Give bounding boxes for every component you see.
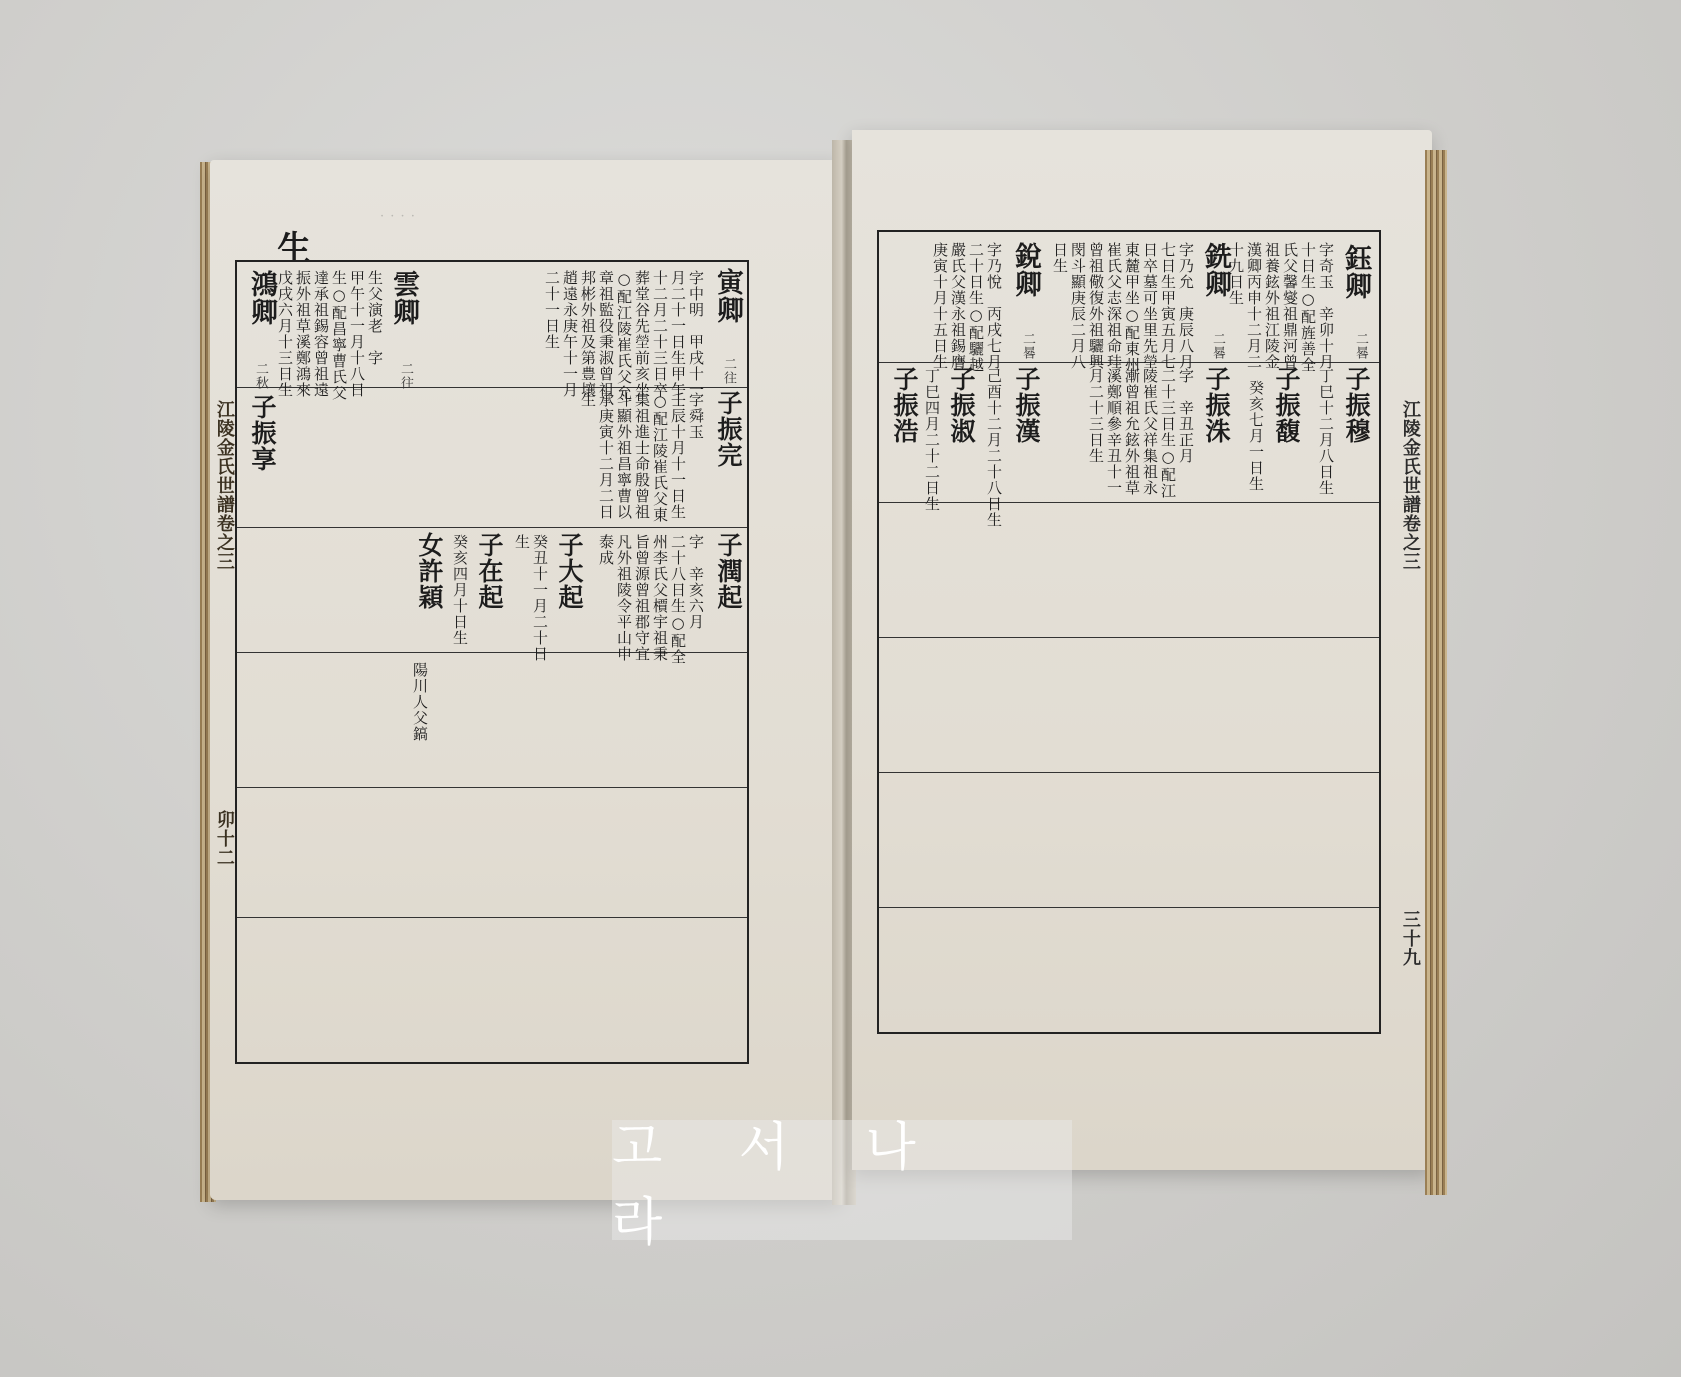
generation-mark: 二往	[721, 357, 735, 385]
bio-line: 曾祖儆復外祖驪興	[1087, 242, 1103, 370]
person-name: 銑卿	[1201, 242, 1229, 298]
left-page: 生 · · · · 寅卿 二往 字中明 甲戌十一 月二十一日生甲午 十二月二十三…	[210, 160, 840, 1200]
bio-line: 州李氏父檟宇祖秉	[651, 534, 667, 662]
person-name: 寅卿	[713, 268, 741, 324]
bio-line: 集祖進士命殷曾祖	[633, 392, 649, 520]
generation-mark: 二晷	[1210, 332, 1224, 360]
bio-line: 字乃允 庚辰八月	[1177, 242, 1193, 370]
bio-line: 月二十三日生	[1087, 368, 1103, 464]
son-name: 子潤起	[715, 532, 741, 610]
bio-line: 振外祖草溪鄭鴻來	[294, 270, 310, 398]
bio-line: 字乃悅 丙戌七月	[985, 242, 1001, 370]
bio-line: 祖養鉉外祖江陵金	[1263, 242, 1279, 370]
bio-line: 字 辛丑正月	[1177, 368, 1193, 464]
bio-line: 葬堂谷先塋前亥坐	[633, 270, 649, 398]
bio-line: 二十三日生○配江	[1159, 368, 1175, 499]
grid-row-2	[879, 502, 1379, 503]
bio-line: 字 辛亥六月	[687, 534, 703, 630]
grid-row-5	[237, 917, 747, 918]
son-name: 子振淑	[948, 366, 974, 444]
bio-line: 達承祖錫容曾祖遠	[312, 270, 328, 398]
right-page-grid: 鈺卿 二晷 字奇玉 辛卯十月 十日生○配旌善全 氏父馨燮祖鼎河曾 祖養鉉外祖江陵…	[877, 230, 1381, 1034]
son-name: 子振洙	[1203, 366, 1229, 444]
bio-line: 癸亥四月十日生	[451, 534, 467, 646]
grid-row-3	[879, 637, 1379, 638]
son-name: 子大起	[556, 532, 582, 610]
bio-line: 陽川人父鎬	[411, 662, 427, 742]
bio-line: 丁巳四月二十二日生	[923, 368, 939, 512]
bio-line: 溪鄭順參辛丑十一	[1105, 368, 1121, 496]
bio-line: 生	[579, 392, 595, 408]
bio-line: 丁巳十二月八日生	[1317, 368, 1333, 496]
watermark: 고 서 나 라	[612, 1120, 1072, 1240]
bio-line: 漢卿丙申十二月二	[1245, 242, 1261, 370]
bio-line: 壬辰十月十一日生	[669, 392, 685, 520]
bio-line: 日生	[1051, 242, 1067, 274]
bio-line: 漸曾祖允鉉外祖草	[1123, 368, 1139, 496]
bio-line: 生	[513, 534, 529, 550]
generation-mark: 二晷	[1353, 332, 1367, 360]
bio-line: 二十日生○配驪越	[967, 242, 983, 373]
bio-line: 癸丑十一月二十日	[531, 534, 547, 662]
generation-mark: 二晷	[1020, 332, 1034, 360]
grid-row-4	[237, 787, 747, 788]
bio-line: 凡外祖陵令平山申	[615, 534, 631, 662]
bio-line: 生父演老 字	[366, 270, 382, 366]
bio-line: 二十八日生○配全	[669, 534, 685, 665]
son-name: 子在起	[476, 532, 502, 610]
bio-line: 字舜玉	[687, 392, 703, 440]
book-title-margin: 江陵金氏世譜卷之三	[214, 400, 233, 571]
bio-line: 旨曾源曾祖郡守宜	[633, 534, 649, 662]
bio-line: 癸亥七月一日生	[1247, 380, 1263, 492]
bio-line: 趙遠永庚午十一月	[561, 270, 577, 398]
grid-row-4	[879, 772, 1379, 773]
right-page: 鈺卿 二晷 字奇玉 辛卯十月 十日生○配旌善全 氏父馨燮祖鼎河曾 祖養鉉外祖江陵…	[852, 130, 1432, 1170]
bio-line: 七日生甲寅五月七	[1159, 242, 1175, 370]
bio-line: 生○配昌寧曹氏父	[330, 270, 346, 401]
book-title-margin: 江陵金氏世譜卷之三	[1400, 400, 1419, 571]
generation-mark: 二秋	[253, 362, 267, 390]
bio-line: 十日生○配旌善全	[1299, 242, 1315, 373]
bio-line: 泰成	[597, 534, 613, 566]
bio-line: 邦彬外祖及第豊壤	[579, 270, 595, 398]
bleed-through-text: · · · ·	[380, 210, 416, 224]
person-name: 鴻卿	[247, 270, 275, 326]
son-name: 子振完	[715, 390, 741, 468]
bio-line: 十二月二十三日卒	[651, 270, 667, 398]
bio-line: 二十一日生	[543, 270, 559, 350]
bio-line: ○配江陵崔氏父允	[615, 270, 631, 401]
bio-line: 日卒墓可坐里先塋	[1141, 242, 1157, 370]
page-number: 三十九	[1400, 910, 1419, 967]
bio-line: 東麓甲坐○配東州	[1123, 242, 1139, 373]
grid-row-5	[879, 907, 1379, 908]
bio-line: 承庚寅十二月二日	[597, 392, 613, 520]
watermark-text: 고 서 나 라	[612, 1105, 1072, 1255]
bio-line: 字中明 甲戌十一	[687, 270, 703, 398]
bio-line: 月二十一日生甲午	[669, 270, 685, 398]
bio-line: 嚴氏父漢永祖錫膺	[949, 242, 965, 370]
person-name: 鈺卿	[1341, 244, 1369, 300]
right-page-edge	[1425, 150, 1447, 1195]
bio-line: 氏父馨燮祖鼎河曾	[1281, 242, 1297, 370]
daughter-name: 女許穎	[416, 532, 442, 610]
open-genealogy-book: 生 · · · · 寅卿 二往 字中明 甲戌十一 月二十一日生甲午 十二月二十三…	[200, 130, 1480, 1200]
bio-line: ○配江陵崔氏父東	[651, 392, 667, 523]
bio-line: 閔斗顯庚辰二月八	[1069, 242, 1085, 370]
left-page-grid: 寅卿 二往 字中明 甲戌十一 月二十一日生甲午 十二月二十三日卒 葬堂谷先塋前亥…	[235, 260, 749, 1064]
grid-row-2	[237, 527, 747, 528]
person-name: 雲卿	[389, 270, 417, 326]
son-name: 子振享	[249, 394, 275, 472]
bio-line: 崔氏父志深祖命珪	[1105, 242, 1121, 370]
bio-line: 陵崔氏父祥集祖永	[1141, 368, 1157, 496]
son-name: 子振馥	[1273, 366, 1299, 444]
generation-mark: 二往	[398, 362, 412, 390]
bio-line: 己酉十二月二十八日生	[985, 368, 1001, 528]
page-marker: 卯十二	[214, 810, 233, 867]
bio-line: 字奇玉 辛卯十月	[1317, 242, 1333, 370]
bio-line: 斗顯外祖昌寧曹以	[615, 392, 631, 520]
bio-line: 戊戌六月十三日生	[276, 270, 292, 398]
bio-line: 章祖監役秉淑曾祖	[597, 270, 613, 398]
bio-line: 甲午十一月十八日	[348, 270, 364, 398]
person-name: 銳卿	[1011, 242, 1039, 298]
son-name: 子振漢	[1013, 366, 1039, 444]
son-name: 子振穆	[1343, 366, 1369, 444]
son-name: 子振浩	[891, 366, 917, 444]
bio-line: 庚寅十月十五日生	[931, 242, 947, 370]
